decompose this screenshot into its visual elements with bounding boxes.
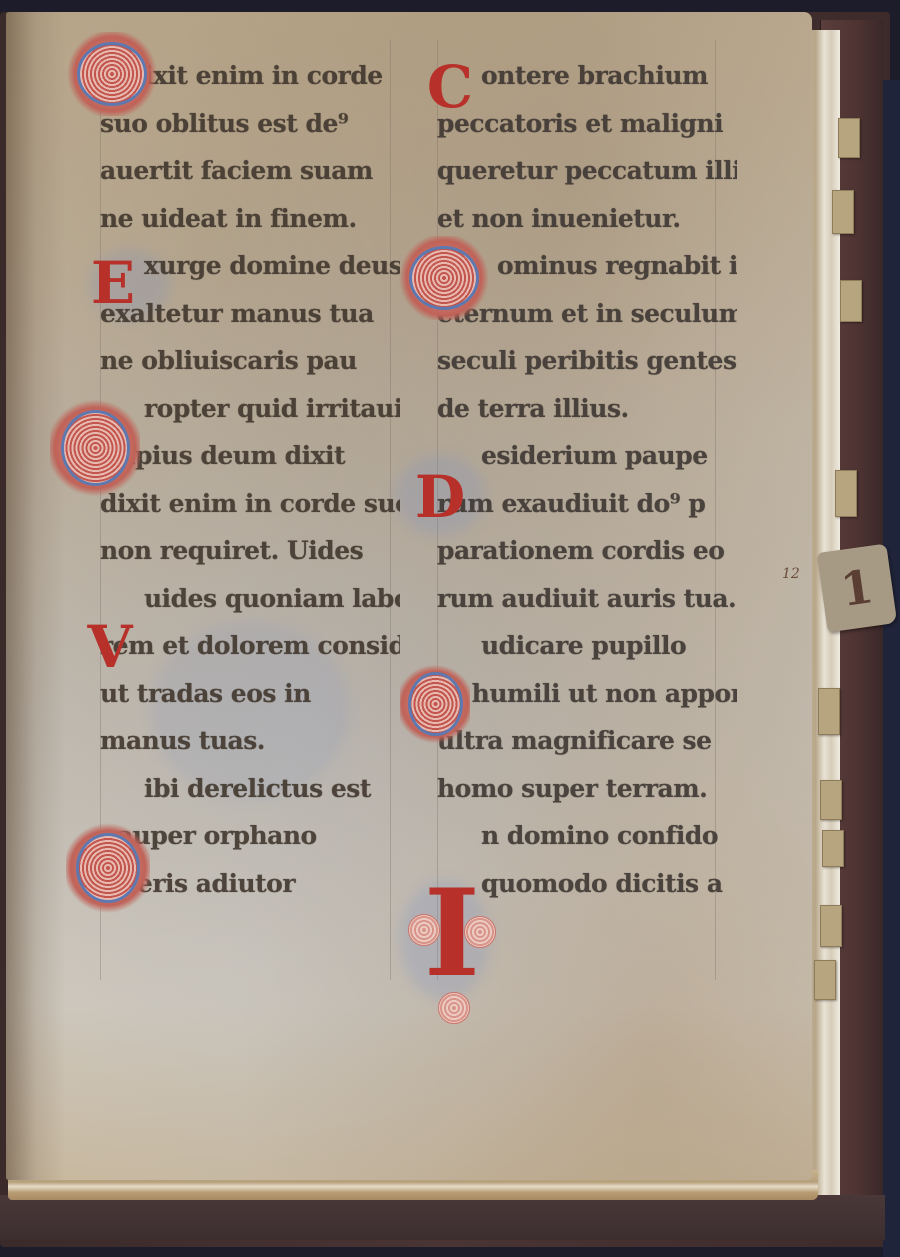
folio-number: 12 <box>782 566 800 582</box>
decorated-initial-t: T <box>66 822 150 914</box>
page-tab[interactable] <box>835 470 857 517</box>
initial-ornament <box>464 916 496 948</box>
text-line: ibi derelictus est <box>100 765 400 813</box>
binding-bottom-board <box>0 1195 885 1240</box>
text-line: non requiret. Uides <box>100 527 400 575</box>
rubric-initial-d: D <box>410 462 470 532</box>
decorated-initial-d: D <box>398 236 490 320</box>
text-line: parationem cordis eo <box>437 527 737 575</box>
background-strip <box>883 80 900 1257</box>
left-text-column: ixit enim in corde suo oblitus est de⁹ a… <box>100 52 400 907</box>
initial-ornament <box>438 992 470 1024</box>
decorated-initial-p: P <box>50 398 140 498</box>
text-line: impius deum dixit <box>100 432 400 480</box>
text-line: homo super terram. <box>437 765 737 813</box>
page-tab[interactable] <box>818 688 840 735</box>
text-line: udicare pupillo <box>437 622 737 670</box>
text-line: ut tradas eos in <box>100 670 400 718</box>
text-line: rum exaudiuit do⁹ p <box>437 480 737 528</box>
text-line: ne uideat in finem. <box>100 195 400 243</box>
text-line: ultra magnificare se <box>437 717 737 765</box>
text-line: rem et dolorem consideras <box>100 622 400 670</box>
gutter-shadow <box>6 12 66 1180</box>
decorated-initial-d: D <box>66 32 158 116</box>
text-line: et non inuenietur. <box>437 195 737 243</box>
text-line: de terra illius. <box>437 385 737 433</box>
page-tab[interactable] <box>838 118 860 158</box>
text-line: dixit enim in corde suo <box>100 480 400 528</box>
text-line: auertit faciem suam <box>100 147 400 195</box>
page-tab[interactable] <box>840 280 862 322</box>
text-line: queretur peccatum illi⁹ <box>437 147 737 195</box>
text-line: rum audiuit auris tua. <box>437 575 737 623</box>
page-tab[interactable] <box>820 905 842 947</box>
decorated-initial-i: I <box>400 662 470 746</box>
text-line: ontere brachium <box>437 52 737 100</box>
rubric-initial-c: C <box>425 52 475 122</box>
page-tab[interactable] <box>832 190 854 234</box>
rubric-initial-e: E <box>88 248 138 318</box>
page-tab[interactable] <box>820 780 842 820</box>
right-text-column: ontere brachium peccatoris et maligni qu… <box>437 52 737 907</box>
text-line: ropter quid irritauit <box>100 385 400 433</box>
text-line: esiderium paupe <box>437 432 737 480</box>
rubric-initial-v: V <box>80 612 140 682</box>
page-tab[interactable] <box>814 960 836 1000</box>
numbered-page-tab[interactable]: 1 <box>817 544 897 633</box>
text-line: exaltetur manus tua <box>100 290 400 338</box>
text-line: peccatoris et maligni <box>437 100 737 148</box>
text-line: et humili ut non apponat <box>437 670 737 718</box>
tab-number: 1 <box>837 559 876 617</box>
text-line: seculi peribitis gentes <box>437 337 737 385</box>
page-tab[interactable] <box>822 830 844 867</box>
text-line: manus tuas. <box>100 717 400 765</box>
text-line: n domino confido <box>437 812 737 860</box>
text-line: ne obliuiscaris pau <box>100 337 400 385</box>
initial-ornament <box>408 914 440 946</box>
text-line: uides quoniam labo <box>100 575 400 623</box>
text-line: xurge domine deus <box>100 242 400 290</box>
